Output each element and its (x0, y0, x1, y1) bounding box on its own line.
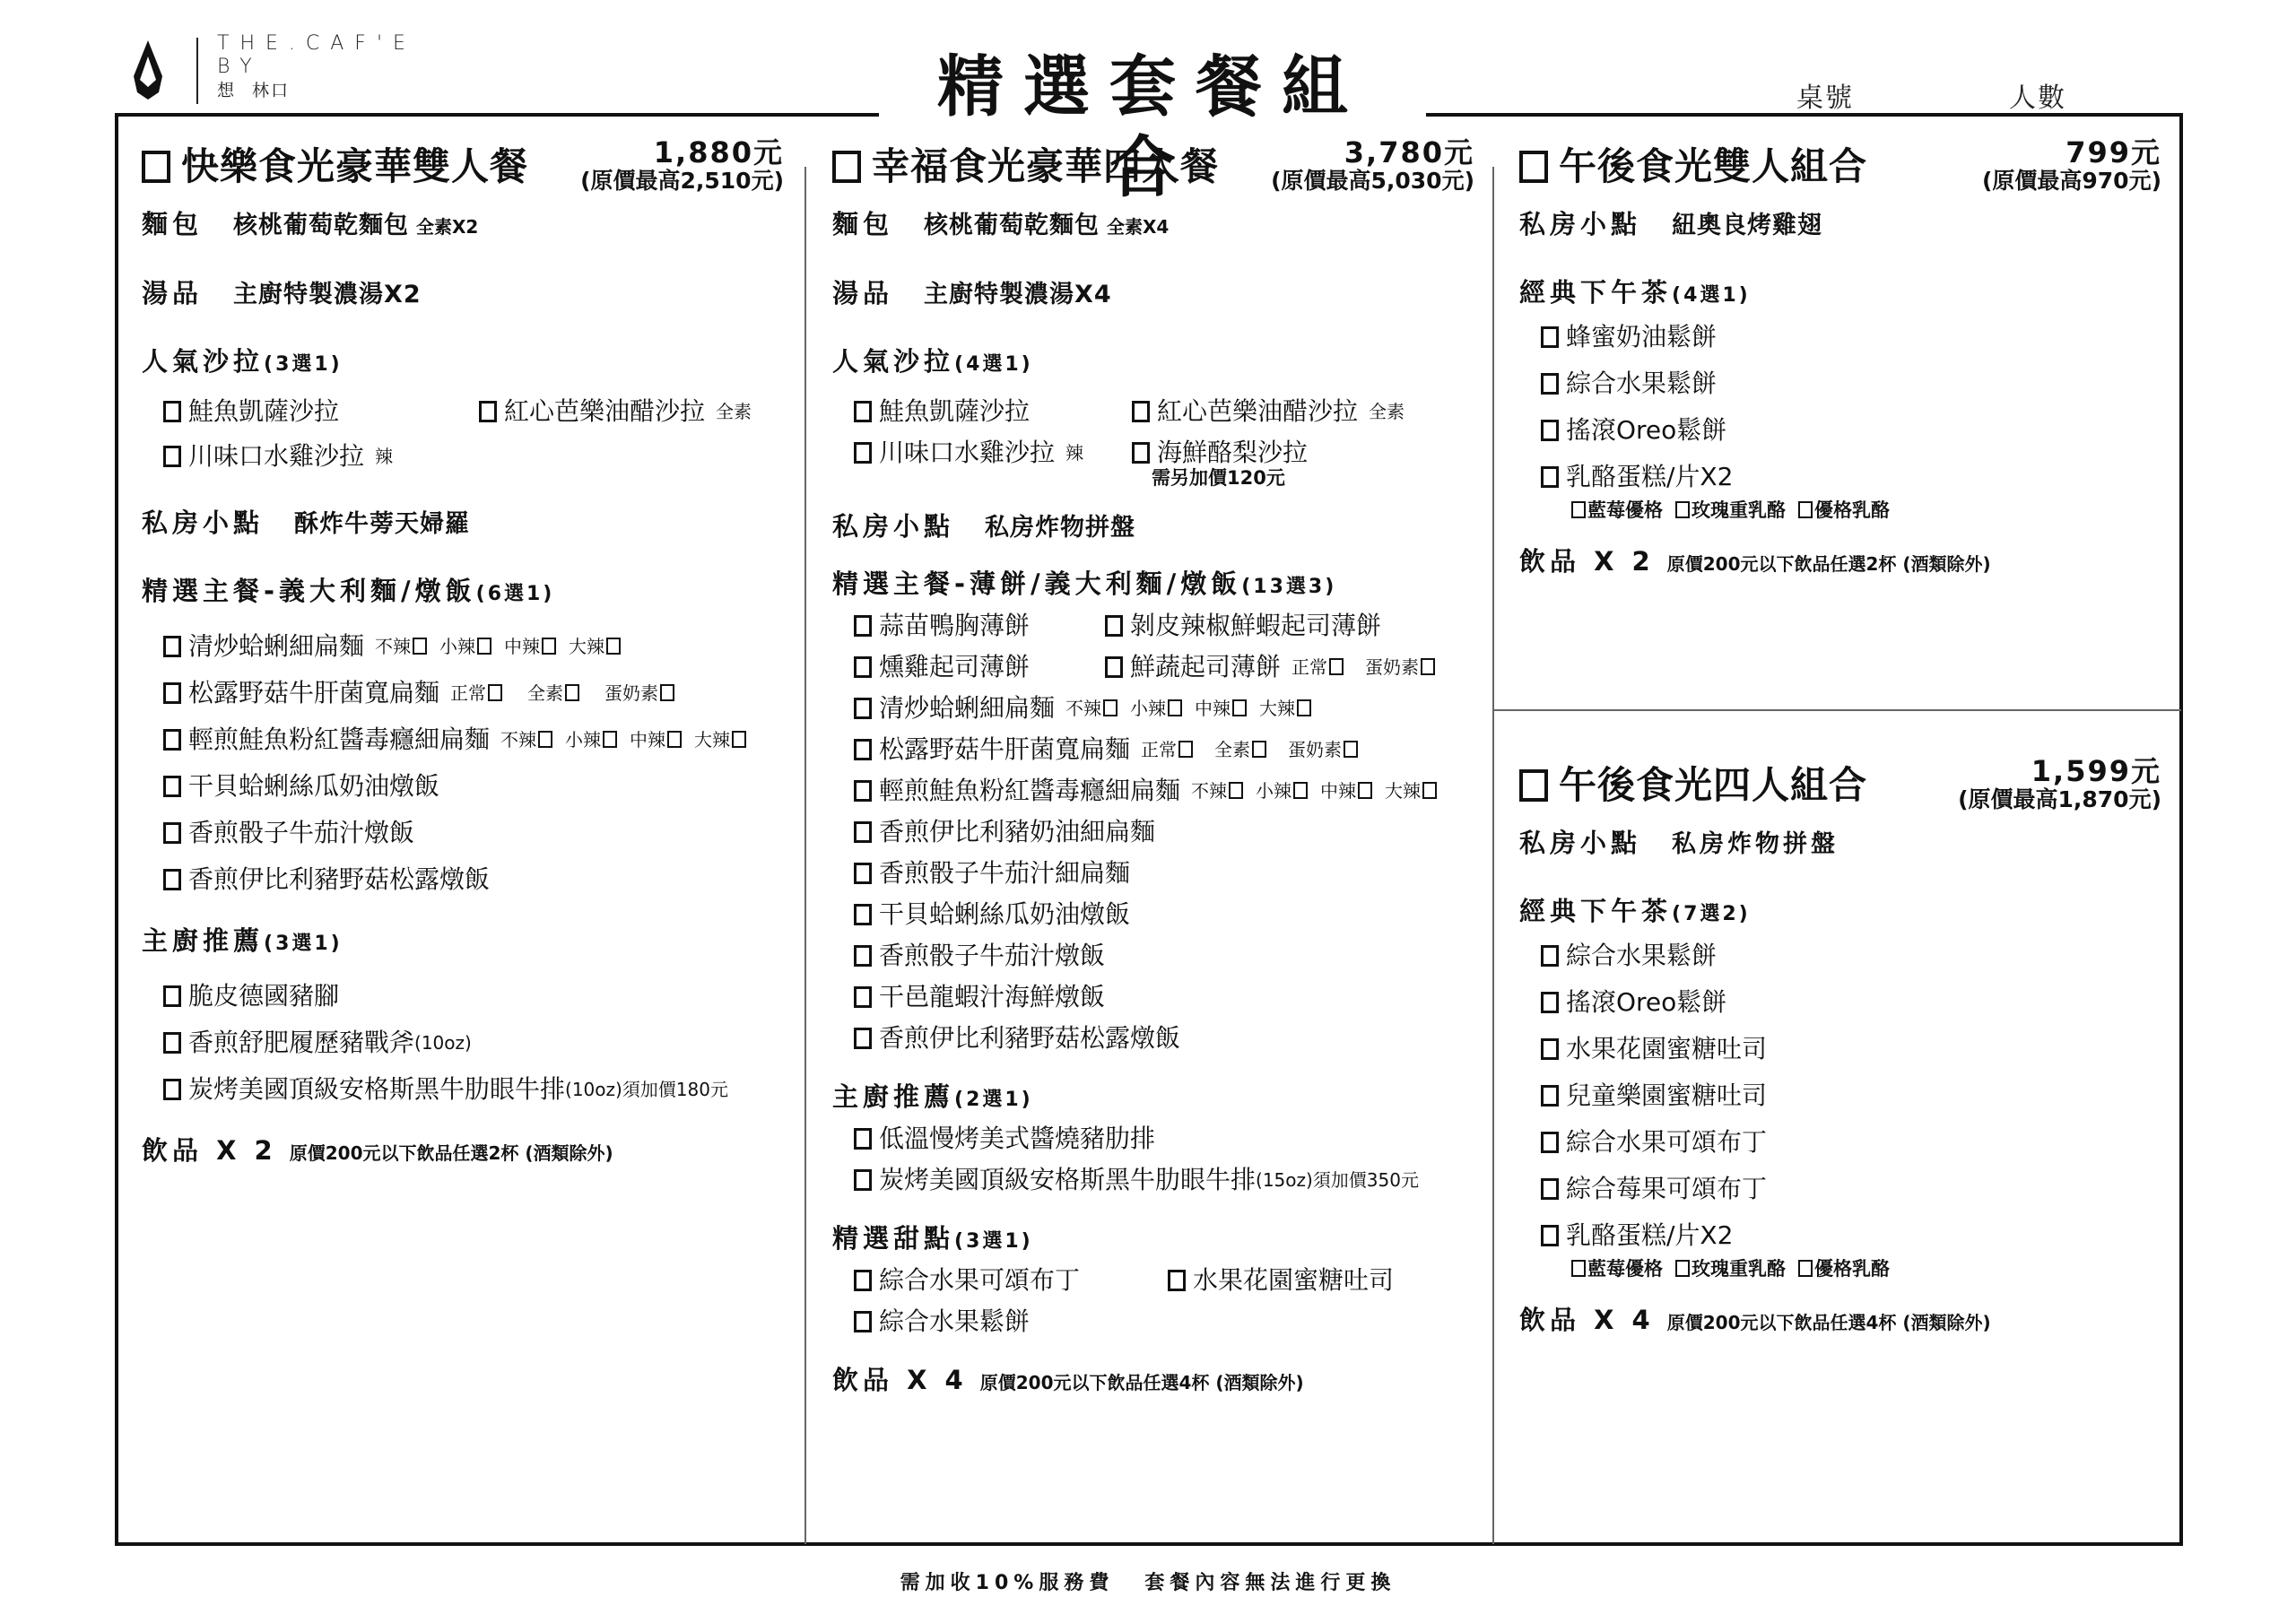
salad-option[interactable]: 海鮮酪梨沙拉 (1132, 435, 1474, 471)
bread-note: 全素X4 (1107, 216, 1169, 238)
main-option[interactable]: 干貝蛤蜊絲瓜奶油燉飯 (142, 763, 784, 810)
checkbox[interactable] (163, 446, 181, 467)
diet-tags: 正常蛋奶素 (1291, 649, 1435, 685)
bread-row: 麵包核桃葡萄乾麵包全素X4 (832, 206, 1474, 245)
column-divider-1 (804, 167, 806, 1544)
chef-option[interactable]: 香煎舒肥履歷豬戰斧(10oz) (142, 1020, 784, 1066)
snack-row: 私房小點私房炸物拼盤 (832, 508, 1474, 546)
soup-row: 湯品主廚特製濃湯X2 (142, 275, 784, 313)
category-label: 飲品 X 2 (142, 1135, 277, 1166)
brand-line-2: BY (217, 56, 416, 79)
checkbox[interactable] (660, 684, 674, 701)
flavor-option[interactable]: 優格乳酪 (1798, 1258, 1890, 1280)
choice-count: (4選1) (1672, 284, 1751, 307)
tea-option[interactable]: 兒童樂園蜜糖吐司 (1519, 1072, 2161, 1119)
checkbox[interactable] (163, 776, 181, 797)
checkbox[interactable] (479, 401, 497, 422)
pizza-option[interactable]: 燻雞起司薄餅 (854, 647, 1096, 688)
column-divider-2 (1492, 167, 1494, 1544)
checkbox[interactable] (1229, 782, 1243, 799)
tea-option[interactable]: 水果花園蜜糖吐司 (1519, 1026, 2161, 1072)
main-option[interactable]: 清炒蛤蜊細扁麵不辣小辣中辣大辣 (142, 623, 784, 670)
checkbox[interactable] (1541, 1178, 1559, 1200)
category-label: 主廚推薦 (832, 1081, 954, 1112)
option-note: 辣 (1065, 435, 1083, 471)
tag-option[interactable]: 不辣 (1065, 698, 1118, 719)
tag-option[interactable]: 正常 (450, 682, 502, 704)
checkbox[interactable] (1168, 1270, 1186, 1291)
snack-row: 私房小點酥炸牛蒡天婦羅 (142, 505, 784, 542)
tag-label: 中辣 (1195, 698, 1231, 719)
tag-label: 蛋奶素 (1288, 739, 1342, 760)
option-label: 清炒蛤蜊細扁麵 (188, 629, 364, 664)
checkbox[interactable] (854, 698, 872, 719)
pizza-option[interactable]: 剝皮辣椒鮮蝦起司薄餅 (1105, 605, 1474, 647)
tag-label: 全素 (1214, 739, 1250, 760)
main-option[interactable]: 香煎骰子牛茄汁細扁麵 (832, 853, 1474, 894)
salad-option[interactable]: 鮭魚凱薩沙拉 (854, 394, 1114, 430)
top-border-left (117, 113, 879, 117)
tea-option[interactable]: 綜合水果鬆餅 (1519, 360, 2161, 407)
set-name: 午後食光雙人組合 (1559, 143, 1867, 190)
checkbox[interactable] (1541, 466, 1559, 488)
drink-row: 飲品 X 2原價200元以下飲品任選2杯 (酒類除外) (142, 1133, 784, 1171)
checkbox[interactable] (1344, 741, 1358, 758)
chef-option[interactable]: 炭烤美國頂級安格斯黑牛肋眼牛排(10oz)須加價180元 (142, 1066, 784, 1113)
choice-count: (3選1) (264, 933, 343, 955)
option-label: 剝皮辣椒鮮蝦起司薄餅 (1130, 608, 1381, 644)
salad-option[interactable]: 川味口水雞沙拉辣 (854, 435, 1114, 471)
option-label: 松露野菇牛肝菌寬扁麵 (879, 732, 1130, 768)
set-title[interactable]: 幸福食光豪華四人餐 (832, 143, 1219, 190)
option-label: 紅心芭樂油醋沙拉 (504, 394, 705, 430)
tea-heading: 經典下午茶(7選2) (1519, 893, 2161, 933)
checkbox[interactable] (1541, 945, 1559, 967)
option-suffix: (10oz)須加價180元 (565, 1072, 728, 1107)
tag-label: 中辣 (504, 636, 540, 657)
set-title[interactable]: 快樂食光豪華雙人餐 (142, 143, 528, 190)
tea-option[interactable]: 乳酪蛋糕/片X2 (1519, 1212, 2161, 1259)
chef-option[interactable]: 脆皮德國豬腳 (142, 973, 784, 1020)
drink-note: 原價200元以下飲品任選4杯 (酒類除外) (980, 1372, 1304, 1393)
checkbox[interactable] (854, 739, 872, 760)
tag-option[interactable]: 大辣 (1259, 698, 1311, 719)
category-label: 精選主餐-義大利麵/燉飯 (142, 576, 476, 606)
tag-option[interactable]: 蛋奶素 (1365, 656, 1435, 678)
category-label: 私房小點 (1519, 828, 1641, 858)
main-heading: 精選主餐-薄餅/義大利麵/燉飯(13選3) (832, 566, 1474, 605)
drink-note: 原價200元以下飲品任選2杯 (酒類除外) (1667, 553, 1991, 575)
tag-option[interactable]: 蛋奶素 (1288, 739, 1358, 760)
set-price-block: 1,880元 (原價最高2,510元) (580, 138, 784, 195)
tag-option[interactable]: 全素 (527, 682, 579, 704)
checkbox[interactable] (1541, 992, 1559, 1013)
option-label: 鮭魚凱薩沙拉 (188, 394, 339, 430)
checkbox[interactable] (1541, 1132, 1559, 1153)
tag-option[interactable]: 大辣 (1385, 780, 1437, 802)
tag-option[interactable]: 正常 (1291, 656, 1344, 678)
category-label: 經典下午茶 (1519, 277, 1672, 308)
flavor-option[interactable]: 玫瑰重乳酪 (1675, 499, 1786, 521)
checkbox[interactable] (1178, 741, 1193, 758)
dessert-option[interactable]: 綜合水果可頌布丁 (854, 1260, 1150, 1301)
checkbox[interactable] (1798, 1260, 1813, 1277)
soup-value: 主廚特製濃湯X2 (233, 281, 422, 308)
category-label: 精選甜點 (832, 1223, 954, 1254)
flavor-label: 玫瑰重乳酪 (1692, 1258, 1786, 1280)
checkbox[interactable] (1105, 615, 1123, 637)
checkbox[interactable] (854, 821, 872, 843)
checkbox[interactable] (667, 731, 682, 748)
diet-tags: 正常全素蛋奶素 (1141, 732, 1358, 768)
drink-row: 飲品 X 4原價200元以下飲品任選4杯 (酒類除外) (832, 1362, 1474, 1401)
checkbox[interactable] (603, 731, 617, 748)
category-label: 麵包 (832, 209, 893, 239)
checkbox[interactable] (542, 638, 556, 655)
option-label: 干貝蛤蜊絲瓜奶油燉飯 (188, 768, 439, 804)
main-option[interactable]: 清炒蛤蜊細扁麵不辣小辣中辣大辣 (832, 688, 1474, 729)
tag-label: 大辣 (694, 729, 730, 751)
checkbox[interactable] (854, 615, 872, 637)
tag-label: 不辣 (375, 636, 411, 657)
set-name: 幸福食光豪華四人餐 (872, 143, 1219, 190)
checkbox[interactable] (854, 442, 872, 464)
chef-heading: 主廚推薦(3選1) (142, 923, 784, 962)
option-label: 炭烤美國頂級安格斯黑牛肋眼牛排 (879, 1162, 1256, 1198)
option-label: 低溫慢烤美式醬燒豬肋排 (879, 1121, 1155, 1157)
frame-left-border (115, 113, 118, 1546)
checkbox[interactable] (1232, 699, 1247, 716)
category-label: 飲品 X 2 (1519, 546, 1655, 577)
option-label: 香煎骰子牛茄汁細扁麵 (879, 855, 1130, 891)
category-label: 私房小點 (1519, 209, 1641, 239)
checkbox[interactable] (1105, 656, 1123, 678)
option-label: 綜合水果鬆餅 (1566, 366, 1717, 402)
tag-option[interactable]: 正常 (1141, 739, 1193, 760)
checkbox[interactable] (854, 904, 872, 925)
checkbox[interactable] (854, 1270, 872, 1291)
option-label: 松露野菇牛肝菌寬扁麵 (188, 675, 439, 711)
flavor-label: 優格乳酪 (1814, 1258, 1890, 1280)
brand-word-a: 想 (217, 81, 236, 100)
tag-label: 正常 (1291, 656, 1327, 678)
category-label: 人氣沙拉 (832, 346, 954, 377)
right-column-divider (1493, 709, 2181, 711)
checkbox[interactable] (1132, 401, 1150, 422)
checkbox[interactable] (1541, 373, 1559, 395)
checkbox[interactable] (163, 401, 181, 422)
option-label: 搖滾Oreo鬆餅 (1566, 985, 1726, 1020)
option-suffix: (10oz) (414, 1025, 472, 1061)
checkbox[interactable] (732, 731, 746, 748)
salad-option[interactable]: 鮭魚凱薩沙拉 (163, 394, 425, 430)
tag-option[interactable]: 中辣 (504, 636, 556, 657)
set-title[interactable]: 午後食光四人組合 (1519, 762, 1867, 809)
tea-heading: 經典下午茶(4選1) (1519, 274, 2161, 314)
pizza-option[interactable]: 蒜苗鴨胸薄餅 (854, 605, 1096, 647)
cheesecake-flavors: 藍莓優格玫瑰重乳酪優格乳酪 (1519, 497, 2161, 524)
tag-label: 小辣 (1256, 780, 1291, 802)
main-option[interactable]: 香煎骰子牛茄汁燉飯 (832, 935, 1474, 976)
checkbox[interactable] (1168, 699, 1182, 716)
snack-value: 酥炸牛蒡天婦羅 (294, 510, 470, 538)
main-option[interactable]: 干貝蛤蜊絲瓜奶油燉飯 (832, 894, 1474, 935)
option-label: 乳酪蛋糕/片X2 (1566, 459, 1733, 495)
frame-bottom-border (115, 1542, 2183, 1546)
checkbox[interactable] (163, 682, 181, 704)
checkbox[interactable] (854, 401, 872, 422)
diamond-drop-icon (128, 40, 168, 101)
flavor-option[interactable]: 藍莓優格 (1571, 499, 1663, 521)
dessert-option[interactable]: 水果花園蜜糖吐司 (1168, 1260, 1474, 1301)
tag-option[interactable]: 不辣 (375, 636, 427, 657)
set-title[interactable]: 午後食光雙人組合 (1519, 143, 1867, 190)
tag-option[interactable]: 中辣 (630, 729, 682, 751)
flavor-label: 優格乳酪 (1814, 499, 1890, 521)
set-happiness-four: 幸福食光豪華四人餐 3,780元 (原價最高5,030元) 麵包核桃葡萄乾麵包全… (832, 143, 1474, 1401)
checkbox[interactable] (488, 684, 502, 701)
soup-value: 主廚特製濃湯X4 (924, 281, 1112, 308)
option-label: 蒜苗鴨胸薄餅 (879, 608, 1030, 644)
drink-row: 飲品 X 4原價200元以下飲品任選4杯 (酒類除外) (1519, 1302, 2161, 1341)
checkbox[interactable] (1421, 658, 1435, 675)
option-label: 香煎伊比利豬野菇松露燉飯 (188, 862, 490, 898)
option-note: 辣 (375, 438, 393, 474)
option-label: 搖滾Oreo鬆餅 (1566, 412, 1726, 448)
checkbox[interactable] (1541, 1038, 1559, 1060)
tag-option[interactable]: 小辣 (1130, 698, 1182, 719)
salad-heading: 人氣沙拉(4選1) (832, 343, 1474, 383)
checkbox[interactable] (1252, 741, 1266, 758)
tag-label: 大辣 (1259, 698, 1295, 719)
checkbox[interactable] (1541, 1225, 1559, 1246)
tag-label: 正常 (1141, 739, 1177, 760)
tea-option[interactable]: 綜合水果鬆餅 (1519, 933, 2161, 979)
category-label: 主廚推薦 (142, 925, 264, 956)
checkbox[interactable] (1675, 1260, 1690, 1277)
dessert-option[interactable]: 綜合水果鬆餅 (854, 1301, 1150, 1342)
tag-option[interactable]: 中辣 (1320, 780, 1372, 802)
category-label: 麵包 (142, 209, 203, 239)
chef-option[interactable]: 低溫慢烤美式醬燒豬肋排 (832, 1118, 1474, 1159)
tag-option[interactable]: 小辣 (1256, 780, 1308, 802)
tag-option[interactable]: 小辣 (565, 729, 617, 751)
main-option[interactable]: 香煎伊比利豬野菇松露燉飯 (832, 1018, 1474, 1059)
option-label: 川味口水雞沙拉 (879, 435, 1055, 471)
set-original-price: (原價最高5,030元) (1271, 167, 1474, 195)
salad-option[interactable]: 紅心芭樂油醋沙拉全素 (479, 394, 784, 430)
option-label: 香煎骰子牛茄汁燉飯 (188, 815, 414, 851)
option-label: 川味口水雞沙拉 (188, 438, 364, 474)
checkbox[interactable] (163, 1032, 181, 1054)
tea-option[interactable]: 乳酪蛋糕/片X2 (1519, 454, 2161, 500)
checkbox[interactable] (1329, 658, 1344, 675)
option-label: 紅心芭樂油醋沙拉 (1157, 394, 1358, 430)
tag-option[interactable]: 不辣 (500, 729, 552, 751)
tag-option[interactable]: 不辣 (1191, 780, 1243, 802)
checkbox[interactable] (163, 1079, 181, 1100)
tea-option[interactable]: 蜂蜜奶油鬆餅 (1519, 314, 2161, 360)
tag-option[interactable]: 大辣 (694, 729, 746, 751)
checkbox[interactable] (854, 986, 872, 1008)
checkbox[interactable] (854, 863, 872, 884)
checkbox[interactable] (1103, 699, 1118, 716)
checkbox[interactable] (163, 869, 181, 890)
set-checkbox[interactable] (1519, 151, 1548, 183)
set-price: 3,780元 (1271, 138, 1474, 167)
option-label: 香煎伊比利豬奶油細扁麵 (879, 814, 1155, 850)
tea-option[interactable]: 綜合水果可頌布丁 (1519, 1119, 2161, 1166)
main-option[interactable]: 松露野菇牛肝菌寬扁麵正常全素蛋奶素 (832, 729, 1474, 770)
tag-label: 全素 (527, 682, 563, 704)
main-option[interactable]: 香煎骰子牛茄汁燉飯 (142, 810, 784, 856)
soup-row: 湯品主廚特製濃湯X4 (832, 275, 1474, 313)
main-option[interactable]: 松露野菇牛肝菌寬扁麵正常全素蛋奶素 (142, 670, 784, 716)
option-suffix: (15oz)須加價350元 (1256, 1162, 1419, 1198)
main-option[interactable]: 輕煎鮭魚粉紅醬毒癮細扁麵不辣小辣中辣大辣 (832, 770, 1474, 811)
set-original-price: (原價最高2,510元) (580, 167, 784, 195)
brand-word-b: 林口 (252, 81, 290, 100)
choice-count: (2選1) (954, 1089, 1033, 1111)
category-label: 私房小點 (832, 511, 954, 542)
checkbox[interactable] (1293, 782, 1308, 799)
salad-heading: 人氣沙拉(3選1) (142, 343, 784, 383)
bread-row: 麵包核桃葡萄乾麵包全素X2 (142, 206, 784, 245)
option-label: 香煎骰子牛茄汁燉飯 (879, 938, 1105, 974)
snack-value: 私房炸物拼盤 (985, 514, 1135, 542)
tag-label: 不辣 (1065, 698, 1101, 719)
main-option[interactable]: 香煎伊比利豬野菇松露燉飯 (142, 856, 784, 903)
checkbox[interactable] (1541, 326, 1559, 348)
bread-note: 全素X2 (416, 216, 478, 238)
checkbox[interactable] (854, 1169, 872, 1191)
option-label: 綜合水果鬆餅 (879, 1304, 1030, 1340)
chef-option[interactable]: 炭烤美國頂級安格斯黑牛肋眼牛排(15oz)須加價350元 (832, 1159, 1474, 1201)
checkbox[interactable] (1571, 1260, 1586, 1277)
set-price-block: 3,780元 (原價最高5,030元) (1271, 138, 1474, 195)
flavor-option[interactable]: 藍莓優格 (1571, 1258, 1663, 1280)
set-original-price: (原價最高970元) (1982, 167, 2161, 195)
checkbox[interactable] (163, 822, 181, 844)
checkbox[interactable] (565, 684, 579, 701)
checkbox[interactable] (606, 638, 621, 655)
spice-tags: 不辣小辣中辣大辣 (1065, 690, 1311, 726)
checkbox[interactable] (854, 945, 872, 967)
category-label: 湯品 (142, 278, 203, 308)
checkbox[interactable] (163, 985, 181, 1007)
checkbox[interactable] (1541, 420, 1559, 441)
checkbox[interactable] (1798, 501, 1813, 518)
checkbox[interactable] (854, 1028, 872, 1049)
checkbox[interactable] (477, 638, 491, 655)
checkbox[interactable] (854, 1311, 872, 1332)
choice-count: (3選1) (264, 353, 343, 376)
main-option[interactable]: 輕煎鮭魚粉紅醬毒癮細扁麵不辣小辣中辣大辣 (142, 716, 784, 763)
checkbox[interactable] (1675, 501, 1690, 518)
cheesecake-flavors: 藍莓優格玫瑰重乳酪優格乳酪 (1519, 1255, 2161, 1282)
checkbox[interactable] (1422, 782, 1437, 799)
tag-option[interactable]: 大辣 (569, 636, 621, 657)
main-heading: 精選主餐-義大利麵/燉飯(6選1) (142, 573, 784, 612)
main-option[interactable]: 干邑龍蝦汁海鮮燉飯 (832, 976, 1474, 1018)
set-afternoon-four: 午後食光四人組合 1,599元 (原價最高1,870元) 私房小點私房炸物拼盤 … (1519, 762, 2161, 1341)
set-checkbox[interactable] (832, 151, 861, 183)
drink-note: 原價200元以下飲品任選2杯 (酒類除外) (290, 1142, 613, 1164)
checkbox[interactable] (1571, 501, 1586, 518)
checkbox[interactable] (854, 656, 872, 678)
option-label: 乳酪蛋糕/片X2 (1566, 1218, 1733, 1254)
option-label: 清炒蛤蜊細扁麵 (879, 690, 1055, 726)
frame-right-border (2179, 113, 2183, 1546)
checkbox[interactable] (163, 729, 181, 751)
tea-option[interactable]: 搖滾Oreo鬆餅 (1519, 407, 2161, 454)
set-price-block: 799元 (原價最高970元) (1982, 138, 2161, 195)
salad-option[interactable]: 紅心芭樂油醋沙拉全素 (1132, 394, 1474, 430)
tag-option[interactable]: 中辣 (1195, 698, 1247, 719)
set-price: 1,880元 (580, 138, 784, 167)
checkbox[interactable] (1297, 699, 1311, 716)
option-label: 香煎伊比利豬野菇松露燉飯 (879, 1020, 1180, 1056)
checkbox[interactable] (538, 731, 552, 748)
option-label: 輕煎鮭魚粉紅醬毒癮細扁麵 (188, 722, 490, 758)
flavor-label: 藍莓優格 (1587, 1258, 1663, 1280)
salad-option[interactable]: 川味口水雞沙拉辣 (163, 438, 425, 474)
category-label: 私房小點 (142, 508, 264, 538)
category-label: 飲品 X 4 (1519, 1305, 1655, 1335)
category-label: 飲品 X 4 (832, 1365, 968, 1395)
diet-tags: 正常全素蛋奶素 (450, 675, 674, 711)
logo-divider (196, 38, 198, 104)
tea-option[interactable]: 綜合莓果可頌布丁 (1519, 1166, 2161, 1212)
option-label: 水果花園蜜糖吐司 (1566, 1031, 1767, 1067)
set-checkbox[interactable] (142, 151, 170, 183)
choice-count: (4選1) (954, 353, 1033, 376)
category-label: 湯品 (832, 278, 893, 308)
option-label: 綜合水果可頌布丁 (1566, 1124, 1767, 1160)
checkbox[interactable] (854, 1128, 872, 1150)
tag-option[interactable]: 全素 (1214, 739, 1266, 760)
choice-count: (6選1) (476, 583, 555, 605)
tag-option[interactable]: 小辣 (439, 636, 491, 657)
dessert-heading: 精選甜點(3選1) (832, 1220, 1474, 1260)
checkbox[interactable] (413, 638, 427, 655)
flavor-option[interactable]: 玫瑰重乳酪 (1675, 1258, 1786, 1280)
tea-option[interactable]: 搖滾Oreo鬆餅 (1519, 979, 2161, 1026)
checkbox[interactable] (163, 636, 181, 657)
tag-option[interactable]: 蛋奶素 (604, 682, 674, 704)
option-label: 脆皮德國豬腳 (188, 978, 339, 1014)
flavor-option[interactable]: 優格乳酪 (1798, 499, 1890, 521)
checkbox[interactable] (1358, 782, 1372, 799)
tag-label: 不辣 (500, 729, 536, 751)
checkbox[interactable] (1541, 1085, 1559, 1107)
category-label: 精選主餐-薄餅/義大利麵/燉飯 (832, 568, 1241, 599)
main-option[interactable]: 香煎伊比利豬奶油細扁麵 (832, 811, 1474, 853)
spice-tags: 不辣小辣中辣大辣 (1191, 773, 1437, 809)
set-checkbox[interactable] (1519, 769, 1548, 802)
spice-tags: 不辣小辣中辣大辣 (375, 629, 621, 664)
snack-row: 私房小點紐奧良烤雞翅 (1519, 206, 2161, 244)
pizza-option[interactable]: 鮮蔬起司薄餅正常蛋奶素 (1105, 647, 1474, 688)
set-happy-couple: 快樂食光豪華雙人餐 1,880元 (原價最高2,510元) 麵包核桃葡萄乾麵包全… (142, 143, 784, 1171)
checkbox[interactable] (1132, 442, 1150, 464)
choice-count: (3選1) (954, 1230, 1033, 1253)
tag-label: 蛋奶素 (1365, 656, 1419, 678)
checkbox[interactable] (854, 780, 872, 802)
option-label: 鮮蔬起司薄餅 (1130, 649, 1281, 685)
spice-tags: 不辣小辣中辣大辣 (500, 722, 746, 758)
flavor-label: 玫瑰重乳酪 (1692, 499, 1786, 521)
